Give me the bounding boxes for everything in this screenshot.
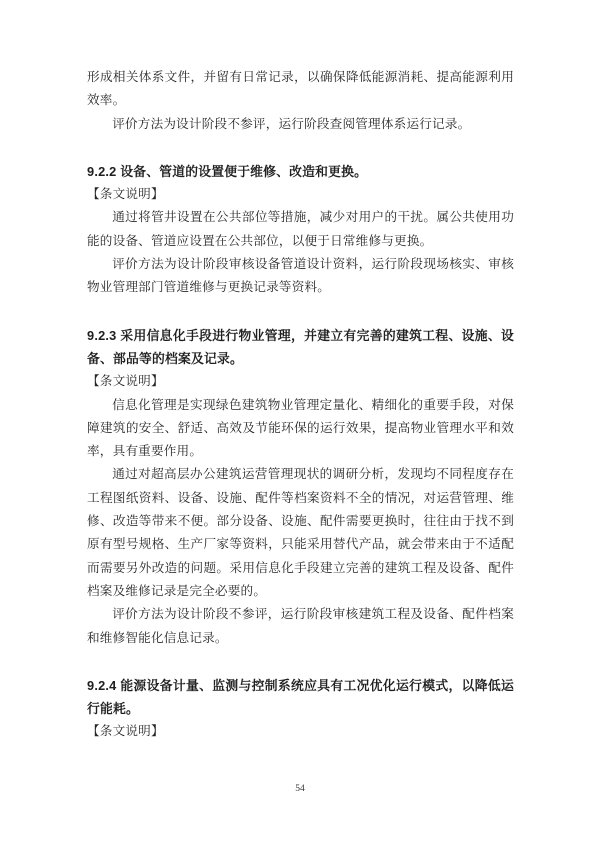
page-number: 54	[0, 784, 600, 794]
document-body: 形成相关体系文件，并留有日常记录，以确保降低能源消耗、提高能源利用效率。 评价方…	[87, 66, 514, 744]
paragraph-9-2-2-body: 通过将管井设置在公共部位等措施，减少对用户的干扰。属公共使用功能的设备、管道应设…	[87, 206, 514, 253]
paragraph-9-2-3-body-1: 信息化管理是实现绿色建筑物业管理定量化、精细化的重要手段，对保障建筑的安全、舒适…	[87, 394, 514, 464]
clause-note-label-9-2-3: 【条文说明】	[87, 370, 514, 393]
paragraph-9-2-3-evaluation: 评价方法为设计阶段不参评，运行阶段审核建筑工程及设备、配件档案和维修智能化信息记…	[87, 603, 514, 650]
paragraph-evaluation-9-2-1: 评价方法为设计阶段不参评，运行阶段查阅管理体系运行记录。	[87, 113, 514, 136]
section-heading-9-2-2: 9.2.2 设备、管道的设置便于维修、改造和更换。	[87, 160, 514, 183]
clause-note-label-9-2-2: 【条文说明】	[87, 183, 514, 206]
paragraph-9-2-3-body-2: 通过对超高层办公建筑运营管理现状的调研分析，发现均不同程度存在工程图纸资料、设备…	[87, 463, 514, 603]
clause-note-label-9-2-4: 【条文说明】	[87, 720, 514, 743]
section-heading-9-2-4: 9.2.4 能源设备计量、监测与控制系统应具有工况优化运行模式，以降低运行能耗。	[87, 674, 514, 721]
section-heading-9-2-3: 9.2.3 采用信息化手段进行物业管理，并建立有完善的建筑工程、设施、设备、部品…	[87, 324, 514, 371]
paragraph-9-2-2-evaluation: 评价方法为设计阶段审核设备管道设计资料，运行阶段现场核实、审核物业管理部门管道维…	[87, 253, 514, 300]
paragraph-continued: 形成相关体系文件，并留有日常记录，以确保降低能源消耗、提高能源利用效率。	[87, 66, 514, 113]
document-page: 形成相关体系文件，并留有日常记录，以确保降低能源消耗、提高能源利用效率。 评价方…	[0, 0, 600, 848]
